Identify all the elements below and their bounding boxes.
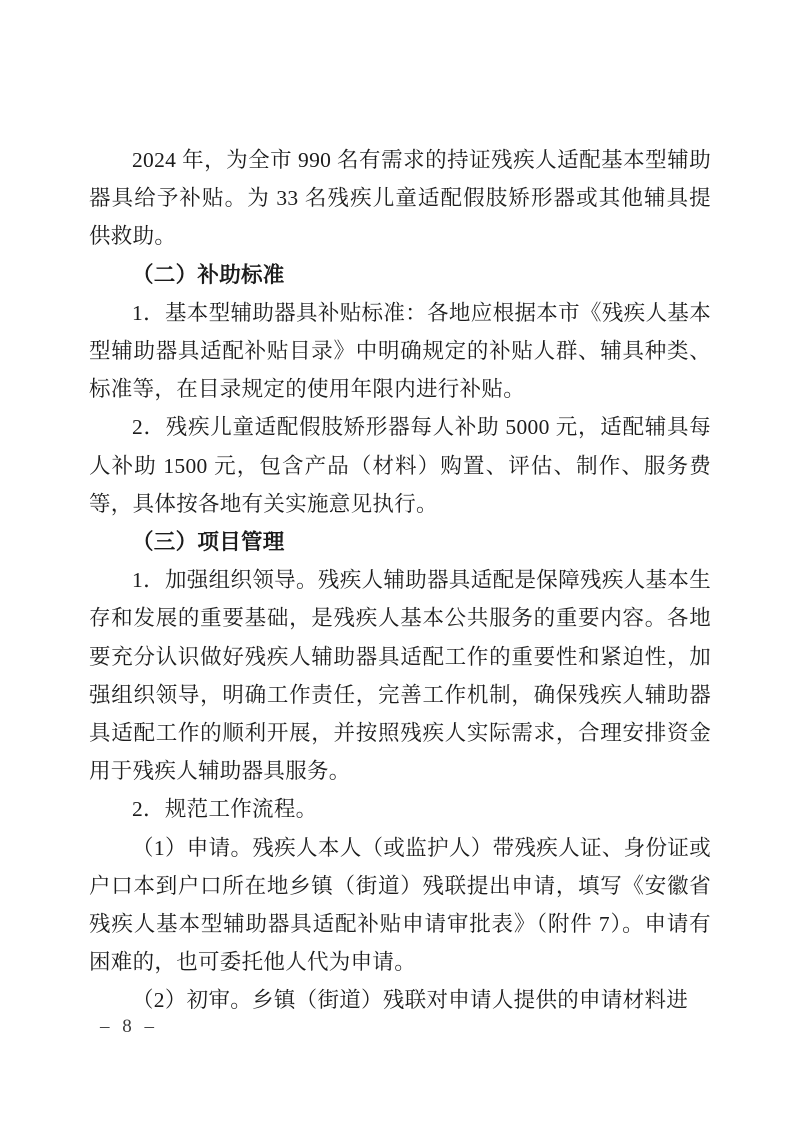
paragraph-application-step: （1）申请。残疾人本人（或监护人）带残疾人证、身份证或户口本到户口所在地乡镇（街…: [89, 829, 711, 982]
paragraph-strengthen-leadership: 1．加强组织领导。残疾人辅助器具适配是保障残疾人基本生存和发展的重要基础，是残疾…: [89, 561, 711, 790]
paragraph-intro: 2024 年，为全市 990 名有需求的持证残疾人适配基本型辅助器具给予补贴。为…: [89, 141, 711, 256]
paragraph-children-subsidy: 2．残疾儿童适配假肢矫形器每人补助 5000 元，适配辅具每人补助 1500 元…: [89, 408, 711, 523]
section-heading-subsidy-standard: （二）补助标准: [89, 256, 711, 294]
paragraph-basic-device-standard: 1．基本型辅助器具补贴标准：各地应根据本市《残疾人基本型辅助器具适配补贴目录》中…: [89, 294, 711, 409]
section-heading-project-management: （三）项目管理: [89, 523, 711, 561]
page-number: – 8 –: [100, 1014, 158, 1040]
document-body: 2024 年，为全市 990 名有需求的持证残疾人适配基本型辅助器具给予补贴。为…: [89, 141, 711, 1020]
document-page: 2024 年，为全市 990 名有需求的持证残疾人适配基本型辅助器具给予补贴。为…: [0, 0, 794, 1123]
paragraph-workflow-title: 2．规范工作流程。: [89, 790, 711, 828]
paragraph-initial-review-step: （2）初审。乡镇（街道）残联对申请人提供的申请材料进: [89, 981, 711, 1019]
